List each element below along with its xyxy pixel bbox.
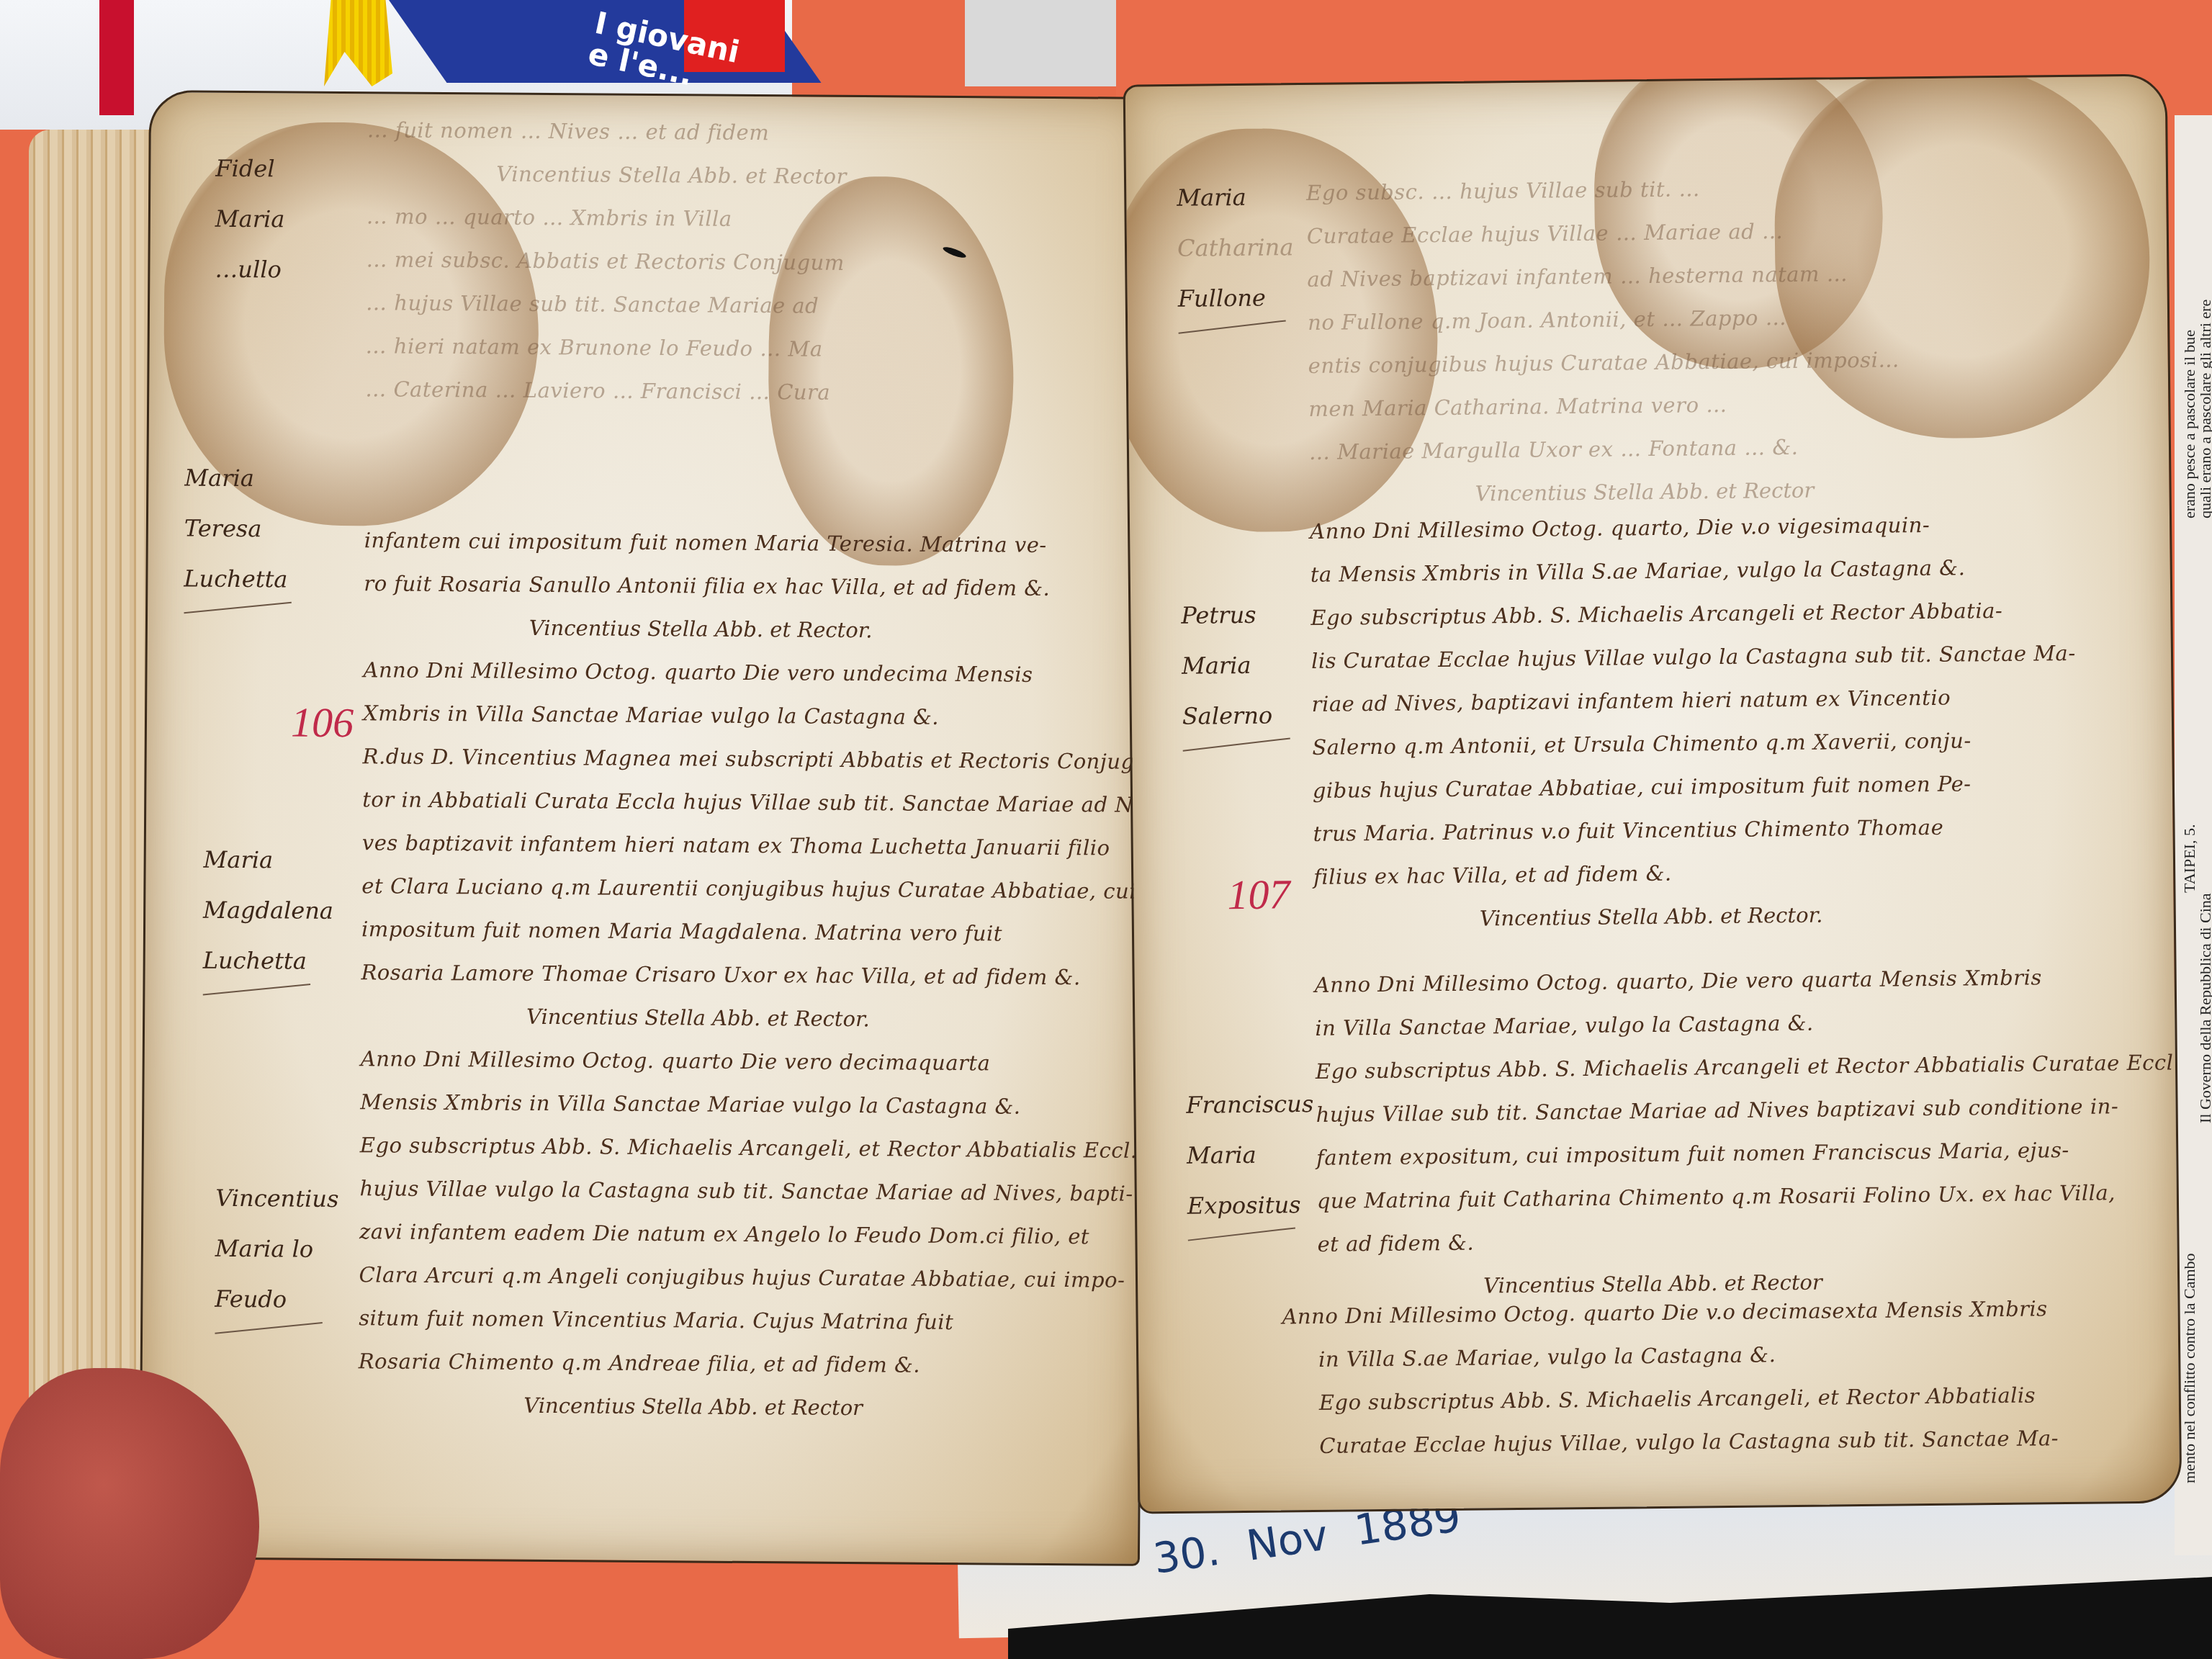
baptism-entry-maria-teresa: infantem cui impositum fuit nomen Maria … xyxy=(364,518,1051,653)
margin-name-maria-teresa-luchetta: Maria Teresa Luchetta xyxy=(184,453,293,609)
margin-name-petrus-maria-salerno: Petrus Maria Salerno xyxy=(1181,589,1290,746)
right-page: Maria Catharina Fullone Ego subsc. … huj… xyxy=(1123,73,2182,1514)
rector-signature: Vincentius Stella Abb. et Rector xyxy=(358,1382,1136,1431)
folio-number: 107 xyxy=(1227,870,1290,919)
baptism-entry-maria-magdalena: Anno Dni Millesimo Octog. quarto Die ver… xyxy=(361,648,1149,1043)
folio-number: 106 xyxy=(291,698,354,747)
rector-signature: Vincentius Stella Abb. et Rector. xyxy=(361,994,1146,1043)
faded-top-entry: … fuit nomen … Nives … et ad fidem Vince… xyxy=(365,108,848,414)
margin-name-franciscus-maria-expositus: Franciscus Maria Expositus xyxy=(1186,1079,1315,1236)
margin-name-maria-catharina-fullone: Maria Catharina Fullone xyxy=(1177,171,1295,328)
margin-name-vincentius-maria-lo-feudo: Vincentius Maria lo Feudo xyxy=(215,1173,338,1329)
baptism-entry-franciscus-maria: Anno Dni Millesimo Octog. quarto, Die ve… xyxy=(1314,954,2182,1309)
baptism-entry-vincentius-maria: Anno Dni Millesimo Octog. quarto Die ver… xyxy=(358,1037,1138,1431)
rector-signature: Vincentius Stella Abb. et Rector. xyxy=(364,605,1050,653)
baptism-entry-continued: Anno Dni Millesimo Octog. quarto Die v.o… xyxy=(1282,1287,2059,1467)
manuscript-register: … fuit nomen … Nives … et ad fidem Vince… xyxy=(22,65,2182,1577)
rector-signature: Vincentius Stella Abb. et Rector. xyxy=(1313,891,2078,942)
baptism-entry-petrus-maria: Anno Dni Millesimo Octog. quarto, Die v.… xyxy=(1310,502,2079,942)
margin-name-maria-magdalena-luchetta: Maria Magdalena Luchetta xyxy=(202,835,333,991)
left-page: … fuit nomen … Nives … et ad fidem Vince… xyxy=(139,90,1150,1566)
margin-name-fidel: Fidel Maria …ullo xyxy=(215,143,285,295)
baptism-entry-maria-catharina: Ego subsc. … hujus Villae sub tit. … Cur… xyxy=(1306,165,1901,517)
